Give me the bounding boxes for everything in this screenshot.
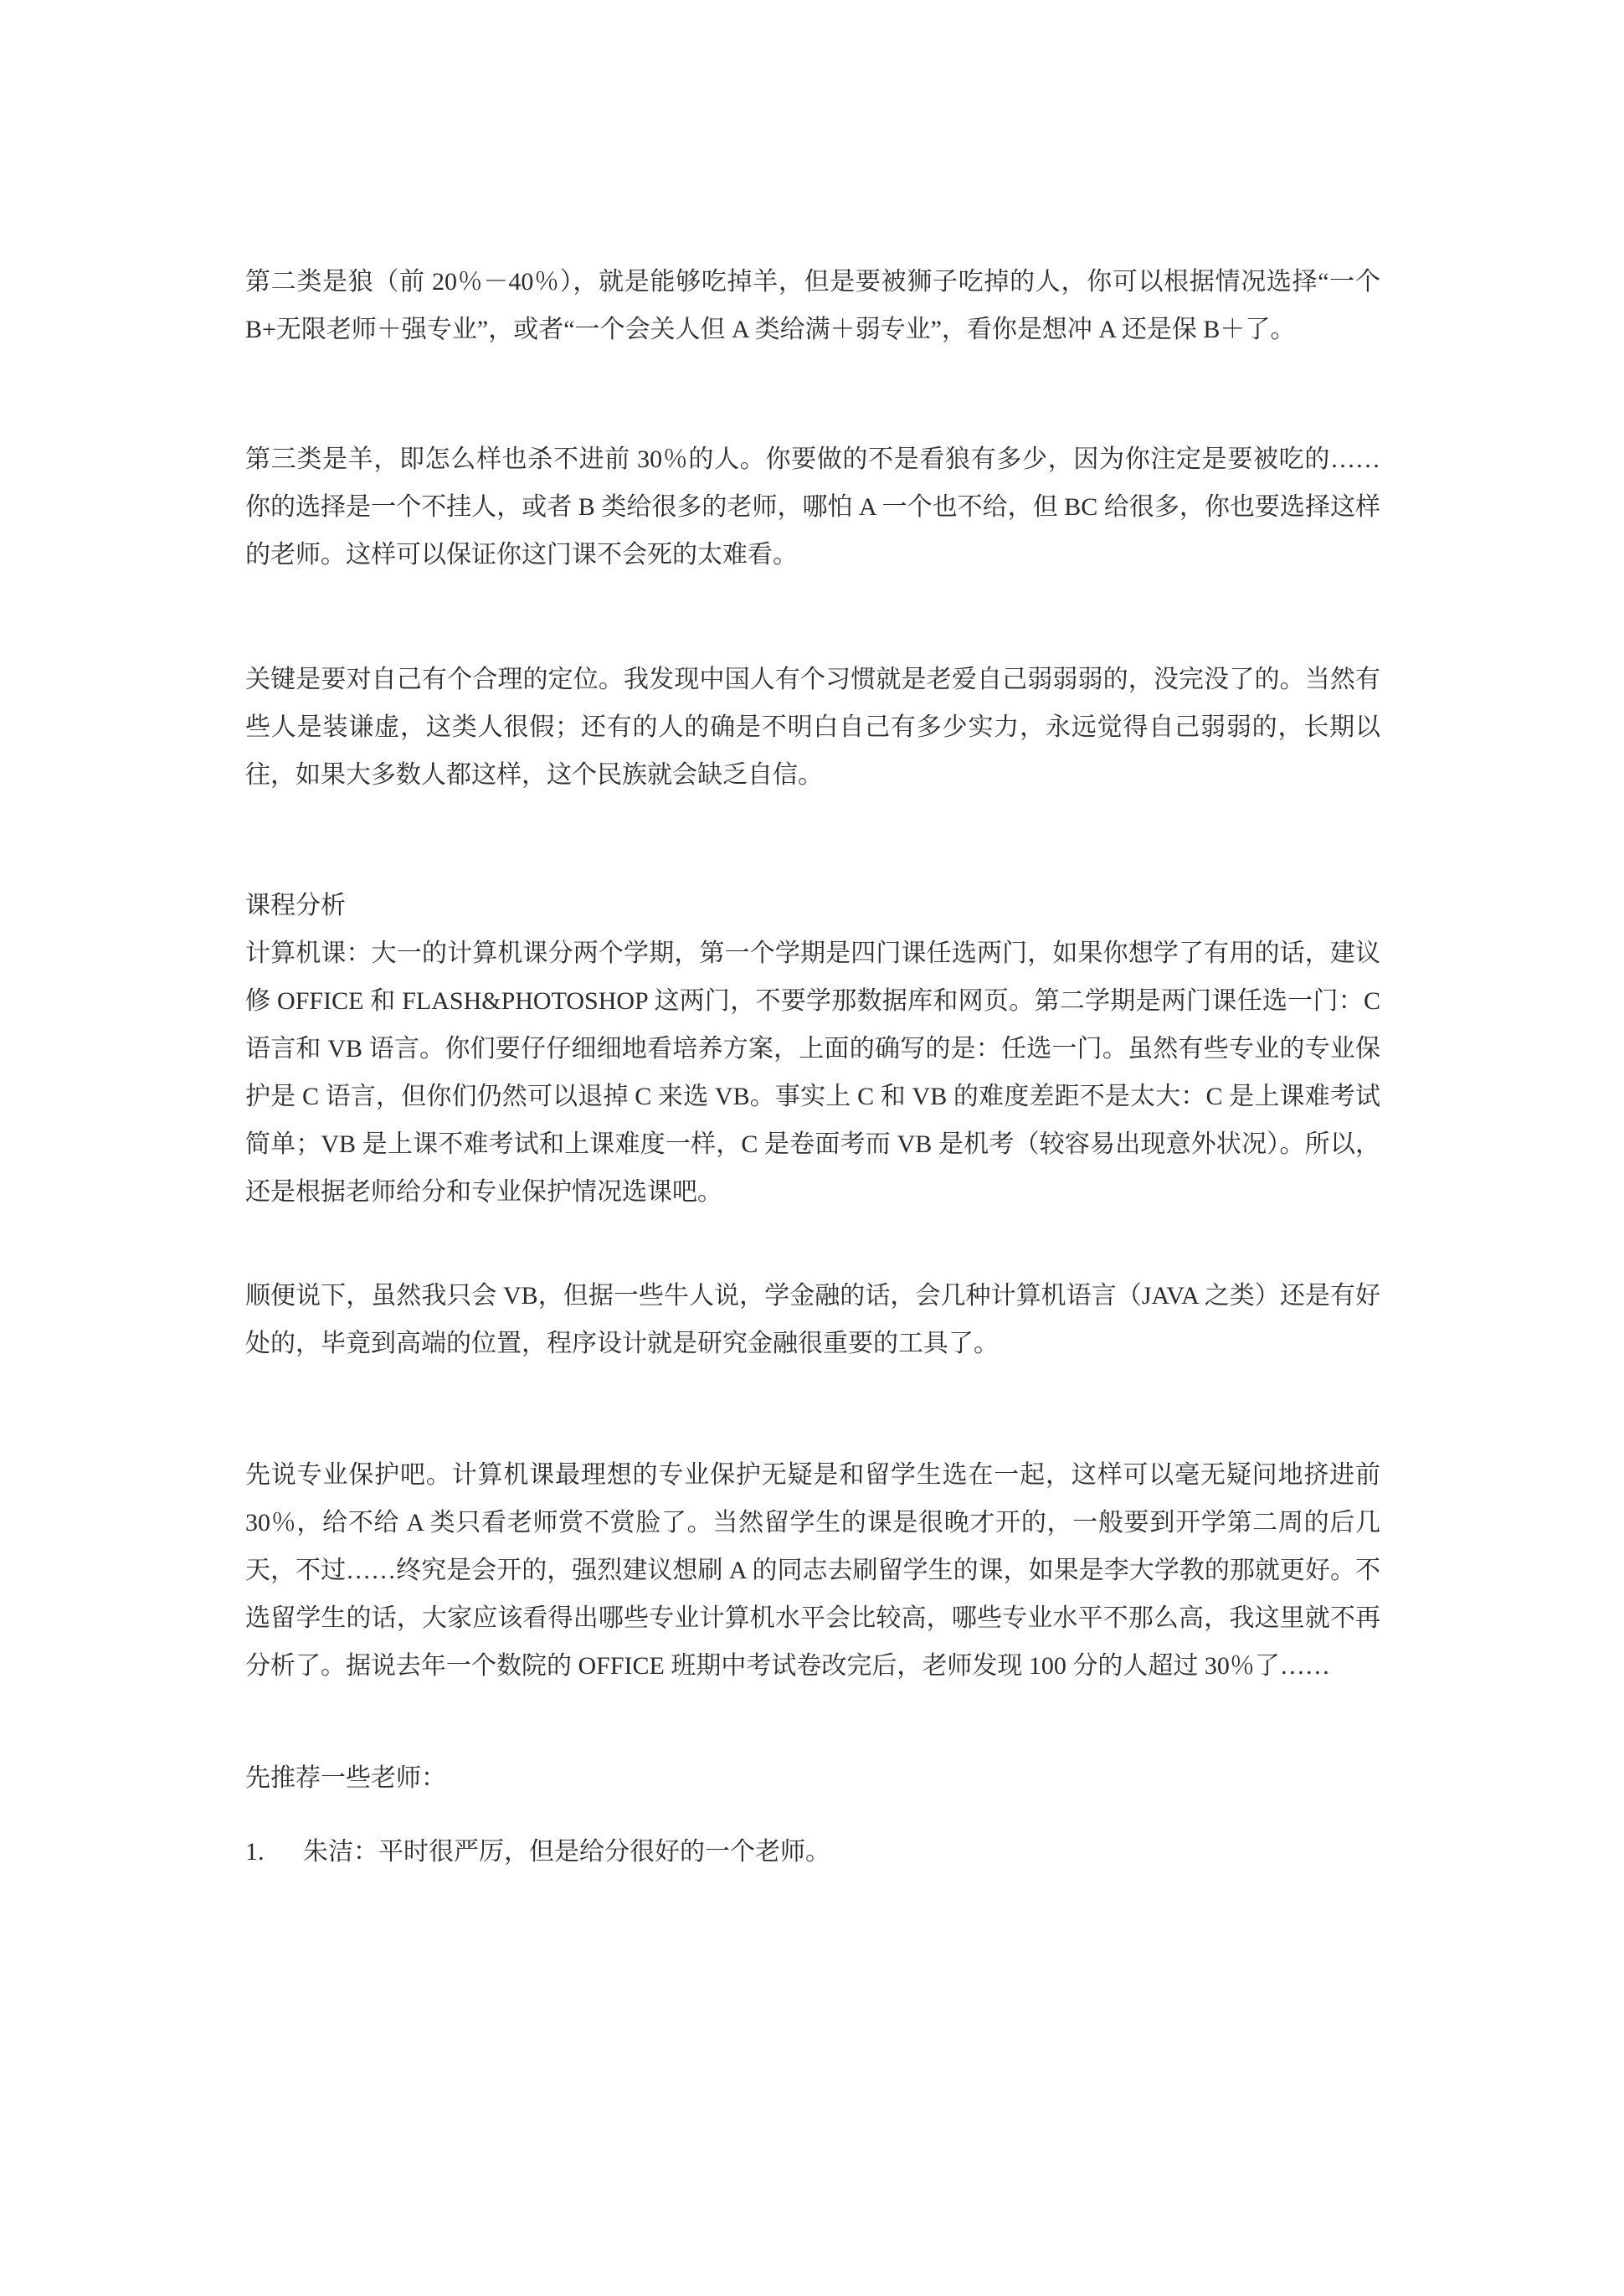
list-item-text: 朱洁：平时很严厉，但是给分很好的一个老师。	[303, 1828, 1380, 1876]
heading-course-analysis: 课程分析	[245, 882, 1380, 929]
paragraph-self-positioning: 关键是要对自己有个合理的定位。我发现中国人有个习惯就是老爱自己弱弱弱的，没完没了…	[245, 656, 1380, 799]
list-item-teacher: 1. 朱洁：平时很严厉，但是给分很好的一个老师。	[245, 1828, 1380, 1876]
list-item-number: 1.	[245, 1828, 303, 1876]
document-page: 第二类是狼（前 20％－40％），就是能够吃掉羊，但是要被狮子吃掉的人，你可以根…	[0, 0, 1624, 2296]
document-body: 第二类是狼（前 20％－40％），就是能够吃掉羊，但是要被狮子吃掉的人，你可以根…	[245, 258, 1380, 1876]
paragraph-computer-course: 计算机课：大一的计算机课分两个学期，第一个学期是四门课任选两门，如果你想学了有用…	[245, 929, 1380, 1216]
text-recommend-teachers: 先推荐一些老师：	[245, 1754, 1380, 1802]
paragraph-wolf-class: 第二类是狼（前 20％－40％），就是能够吃掉羊，但是要被狮子吃掉的人，你可以根…	[245, 258, 1380, 353]
paragraph-major-protection: 先说专业保护吧。计算机课最理想的专业保护无疑是和留学生选在一起，这样可以毫无疑问…	[245, 1451, 1380, 1690]
paragraph-programming-languages: 顺便说下，虽然我只会 VB，但据一些牛人说，学金融的话，会几种计算机语言（JAV…	[245, 1272, 1380, 1367]
paragraph-sheep-class: 第三类是羊，即怎么样也杀不进前 30％的人。你要做的不是看狼有多少，因为你注定是…	[245, 435, 1380, 579]
